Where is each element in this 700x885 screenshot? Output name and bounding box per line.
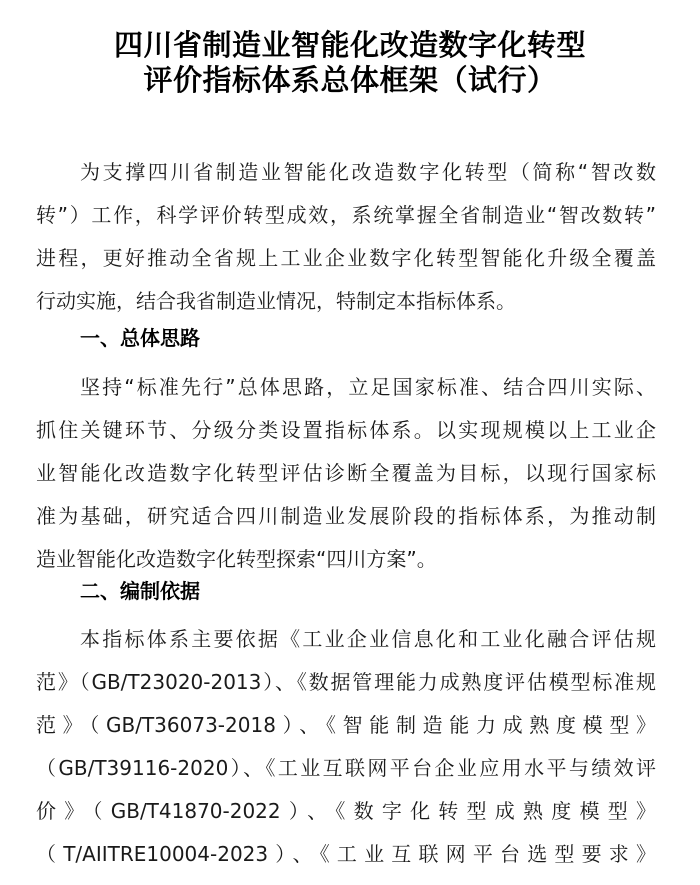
intro-paragraph: 为支撑四川省制造业智能化改造数字化转型（简称“智改数 转”）工作，科学评价转型成…: [36, 151, 656, 323]
document-title-line-2: 评价指标体系总体框架（试行）: [0, 62, 700, 98]
compilation-basis-paragraph: 本指标体系主要依据《工业企业信息化和工业化融合评估规 范》（GB/T23020-…: [36, 618, 656, 876]
paragraph-line: 坚持“标准先行”总体思路，立足国家标准、结合四川实际、: [36, 366, 656, 409]
paragraph-line: 抓住关键环节、分级分类设置指标体系。以实现规模以上工业企: [36, 409, 656, 452]
paragraph-line: （GB/T39116-2020）、《工业互联网平台企业应用水平与绩效评: [36, 747, 656, 790]
document-title-line-1: 四川省制造业智能化改造数字化转型: [0, 27, 700, 63]
paragraph-line: 为支撑四川省制造业智能化改造数字化转型（简称“智改数: [36, 151, 656, 194]
section-heading-overall-approach: 一、总体思路: [80, 323, 200, 353]
paragraph-line: 本指标体系主要依据《工业企业信息化和工业化融合评估规: [36, 618, 656, 661]
paragraph-line: 进程，更好推动全省规上工业企业数字化转型智能化升级全覆盖: [36, 237, 656, 280]
section-heading-compilation-basis: 二、编制依据: [80, 576, 200, 606]
paragraph-line: 范》（GB/T36073-2018）、《智能制造能力成熟度模型》: [36, 704, 656, 747]
paragraph-line: 转”）工作，科学评价转型成效，系统掌握全省制造业“智改数转”: [36, 194, 656, 237]
paragraph-line: 准为基础，研究适合四川制造业发展阶段的指标体系，为推动制: [36, 495, 656, 538]
paragraph-line: 行动实施，结合我省制造业情况，特制定本指标体系。: [36, 280, 656, 323]
paragraph-line: 造业智能化改造数字化转型探索“四川方案”。: [36, 538, 656, 581]
paragraph-line: 范》（GB/T23020-2013）、《数据管理能力成熟度评估模型标准规: [36, 661, 656, 704]
paragraph-line: 价》（GB/T41870-2022）、《数字化转型成熟度模型》: [36, 790, 656, 833]
paragraph-line: （T/AIITRE10004-2023）、《工业互联网平台选型要求》: [36, 833, 656, 876]
document-page: 四川省制造业智能化改造数字化转型 评价指标体系总体框架（试行） 为支撑四川省制造…: [0, 0, 700, 885]
paragraph-line: 业智能化改造数字化转型评估诊断全覆盖为目标，以现行国家标: [36, 452, 656, 495]
overall-approach-paragraph: 坚持“标准先行”总体思路，立足国家标准、结合四川实际、 抓住关键环节、分级分类设…: [36, 366, 656, 581]
